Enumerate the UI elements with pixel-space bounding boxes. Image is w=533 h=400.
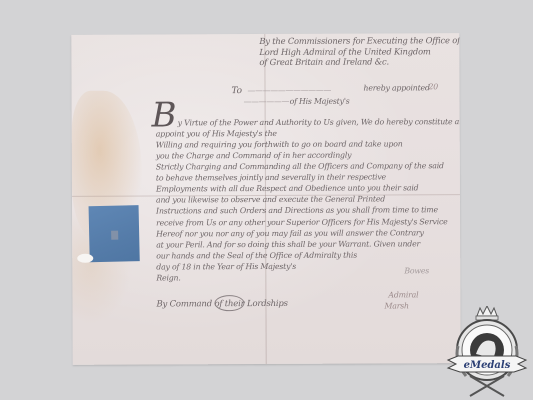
body-line-15: Reign. bbox=[156, 273, 180, 283]
body-line-2: appoint you of His Majesty's the bbox=[156, 129, 277, 140]
appointed-text: hereby appointed bbox=[363, 83, 429, 93]
paper-spot bbox=[77, 254, 93, 263]
to-label: To bbox=[232, 86, 242, 96]
signature-3: Marsh bbox=[384, 301, 408, 311]
heading-line-2: Lord High Admiral of the United Kingdom bbox=[259, 46, 460, 57]
signature-2: Admiral bbox=[388, 290, 418, 300]
admiralty-commission-document: By the Commissioners for Executing the O… bbox=[71, 33, 460, 365]
signature-1: Bowes bbox=[404, 266, 429, 276]
date-fill: 20 bbox=[428, 82, 438, 92]
body-line-10: receive from Us or any other your Superi… bbox=[156, 217, 448, 228]
body-line-7: Employments with all due Respect and Obe… bbox=[156, 183, 419, 194]
emedals-watermark-badge: eMedals bbox=[446, 306, 528, 398]
heading-line-1: By the Commissioners for Executing the O… bbox=[259, 35, 460, 46]
body-line-12: at your Peril. And for so doing this sha… bbox=[156, 239, 420, 250]
recipient-name-fill: ——————————— bbox=[248, 86, 332, 96]
rank-fill: —————— bbox=[244, 97, 290, 107]
body-line-14: day of 18 in the Year of His Majesty's bbox=[156, 262, 296, 273]
decorative-monogram: B bbox=[152, 98, 177, 132]
brand-text: eMedals bbox=[464, 360, 511, 371]
body-line-13: our hands and the Seal of the Office of … bbox=[156, 251, 357, 262]
body-line-6: to behave themselves jointly and several… bbox=[156, 172, 386, 183]
heading-line-3: of Great Britain and Ireland &c. bbox=[259, 56, 460, 67]
body-line-5: Strictly Charging and Commanding all the… bbox=[156, 161, 444, 172]
body-line-11: Hereof nor you nor any of you may fail a… bbox=[156, 228, 424, 239]
body-line-4: you the Charge and Command of in her acc… bbox=[156, 151, 352, 162]
body-line-9: Instructions and such Orders and Directi… bbox=[156, 205, 438, 216]
signature-flourish-oval bbox=[214, 295, 244, 311]
body-line-1: y Virtue of the Power and Authority to U… bbox=[178, 117, 461, 128]
seal-mark bbox=[111, 231, 118, 240]
majesty-text: of His Majesty's bbox=[290, 97, 350, 107]
badge-icon: eMedals bbox=[446, 306, 528, 398]
blue-paper-seal bbox=[89, 205, 140, 262]
body-line-3: Willing and requiring you forthwith to g… bbox=[156, 139, 403, 150]
document-heading: By the Commissioners for Executing the O… bbox=[259, 35, 460, 67]
body-line-8: and you likewise to observe and execute … bbox=[156, 194, 385, 205]
